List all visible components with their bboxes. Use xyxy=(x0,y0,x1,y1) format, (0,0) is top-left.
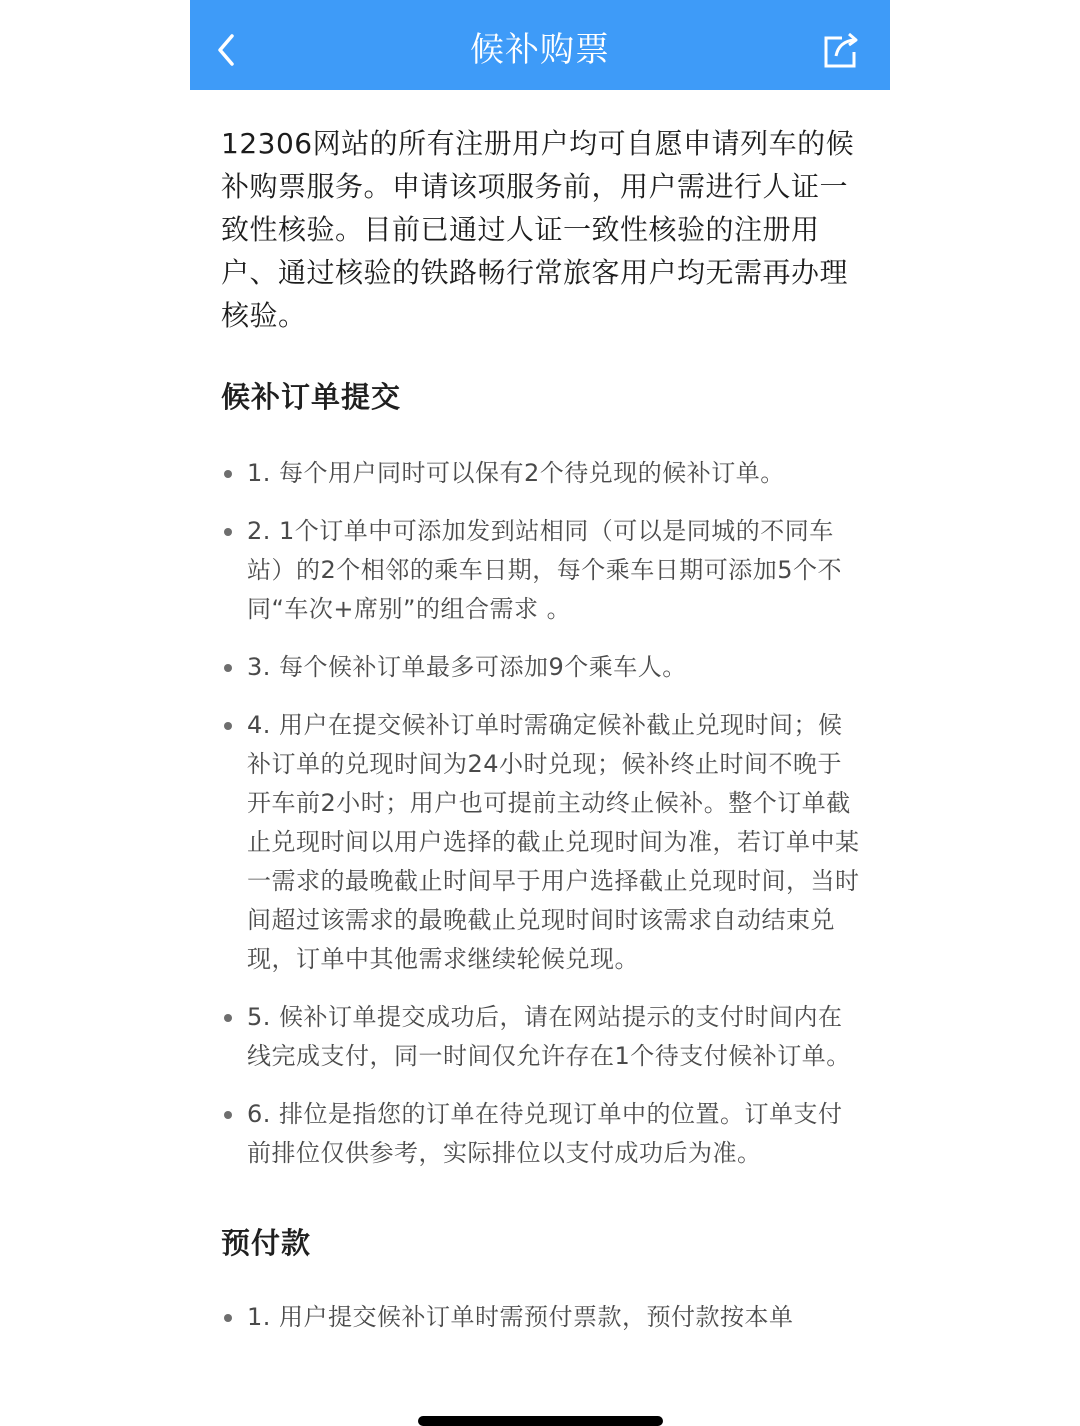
bullet-icon xyxy=(224,664,232,672)
section-title-prepayment: 预付款 xyxy=(221,1221,861,1262)
page-title: 候补购票 xyxy=(190,0,890,100)
prepayment-list: 1. 用户提交候补订单时需预付票款，预付款按本单 xyxy=(221,1298,861,1337)
list-item: 3. 每个候补订单最多可添加9个乘车人。 xyxy=(221,648,861,687)
section-title-order-submission: 候补订单提交 xyxy=(221,375,861,416)
app-screen: 候补购票 12306网站的所有注册用户均可自愿申请列车的候补购票服务。申请该项服… xyxy=(190,0,890,1426)
article-content: 12306网站的所有注册用户均可自愿申请列车的候补购票服务。申请该项服务前，用户… xyxy=(221,122,861,1337)
bullet-icon xyxy=(224,722,232,730)
list-item: 4. 用户在提交候补订单时需确定候补截止兑现时间；候补订单的兑现时间为24小时兑… xyxy=(221,706,861,979)
share-button[interactable] xyxy=(820,30,862,72)
home-indicator[interactable] xyxy=(418,1416,663,1426)
bullet-icon xyxy=(224,1014,232,1022)
list-item: 2. 1个订单中可添加发到站相同（可以是同城的不同车站）的2个相邻的乘车日期，每… xyxy=(221,512,861,629)
list-item: 1. 每个用户同时可以保有2个待兑现的候补订单。 xyxy=(221,454,861,493)
list-item: 1. 用户提交候补订单时需预付票款，预付款按本单 xyxy=(221,1298,861,1337)
list-item: 6. 排位是指您的订单在待兑现订单中的位置。订单支付前排位仅供参考，实际排位以支… xyxy=(221,1095,861,1173)
bullet-icon xyxy=(224,1111,232,1119)
nav-bar: 候补购票 xyxy=(190,0,890,90)
order-submission-list: 1. 每个用户同时可以保有2个待兑现的候补订单。 2. 1个订单中可添加发到站相… xyxy=(221,454,861,1173)
share-icon xyxy=(820,30,862,72)
bullet-icon xyxy=(224,1314,232,1322)
list-item: 5. 候补订单提交成功后，请在网站提示的支付时间内在线完成支付，同一时间仅允许存… xyxy=(221,998,861,1076)
bullet-icon xyxy=(224,528,232,536)
intro-paragraph: 12306网站的所有注册用户均可自愿申请列车的候补购票服务。申请该项服务前，用户… xyxy=(221,122,861,337)
bullet-icon xyxy=(224,470,232,478)
